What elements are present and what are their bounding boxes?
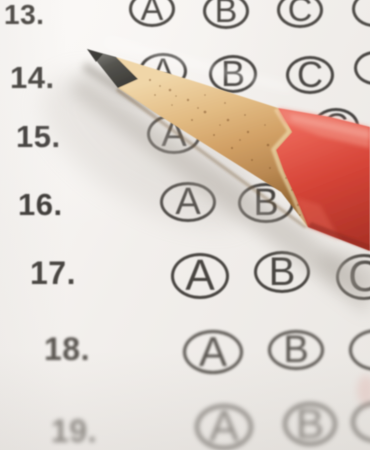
question-number: 18. (44, 333, 90, 365)
answer-bubble-B: B (209, 55, 257, 93)
bubble-letter: A (161, 115, 186, 153)
answer-bubble-A: A (160, 182, 216, 222)
wood-speckles (149, 79, 301, 216)
bubble-letter: B (215, 0, 238, 28)
red-reflection-smudge (357, 375, 370, 405)
bubble-letter: A (141, 0, 164, 26)
answer-bubble-B: B (238, 183, 294, 223)
answer-row-15: 15.AC (0, 0, 370, 450)
bubble-letter: A (175, 183, 200, 221)
pencil-shadow (19, 42, 370, 405)
answer-bubble-A: A (183, 330, 243, 374)
pencil-red-body (276, 108, 370, 251)
answer-bubble-B: B (203, 0, 249, 29)
answer-bubble-A: A (147, 114, 201, 154)
answer-bubble-C: C (277, 0, 323, 28)
answer-row-16: 16.AB (0, 0, 370, 450)
bubble-letter: B (221, 56, 245, 92)
answer-row-18: 18.AB (0, 0, 370, 450)
bubble-letter: B (296, 403, 324, 445)
answer-row-17: 17.ABC (0, 0, 370, 450)
answer-row-19: 19.AB (0, 0, 370, 450)
bubble-letter: C (324, 109, 349, 143)
answer-row-13: 13.ABC (0, 0, 370, 450)
answer-bubble-C: C (336, 254, 370, 300)
answer-bubble-B: B (268, 330, 324, 370)
question-number: 13. (4, 1, 44, 29)
answer-bubble-A: A (171, 253, 229, 299)
bubble-letter: A (185, 254, 214, 298)
bubble-letter: C (297, 57, 323, 93)
question-number: 17. (30, 257, 76, 289)
question-number: 16. (18, 189, 63, 220)
bubble-letter: B (253, 184, 278, 222)
answer-bubble-partial (351, 401, 370, 443)
bubble-letter: A (209, 405, 238, 449)
bubble-letter: A (152, 54, 175, 88)
pencil-collar (271, 108, 308, 227)
red-pencil (0, 0, 370, 450)
bubble-letter: C (288, 0, 313, 27)
bubble-letter: C (348, 255, 370, 299)
bubble-letter: B (269, 252, 296, 292)
photo-answer-sheet: 13.ABC14.ABC15.AC16.AB17.ABC18.AB19.AB (0, 0, 370, 450)
answer-bubble-A: A (139, 53, 187, 89)
question-number: 19. (51, 415, 97, 447)
answer-bubble-partial (354, 51, 370, 85)
bubble-letter: A (199, 331, 227, 373)
question-number: 14. (10, 62, 55, 93)
pencil-wood (116, 57, 308, 227)
answer-bubble-C: C (286, 56, 334, 94)
bubble-letter: B (283, 331, 308, 369)
pencil-graphite-tip (87, 49, 138, 88)
answer-bubble-partial (352, 0, 370, 27)
answer-bubble-A: A (129, 0, 175, 27)
answer-bubble-A: A (195, 404, 253, 450)
answer-row-14: 14.ABC (0, 0, 370, 450)
answer-bubble-C: C (313, 108, 359, 144)
answer-bubble-B: B (283, 402, 337, 446)
answer-bubble-B: B (254, 251, 310, 293)
answer-bubble-partial (349, 329, 370, 371)
question-number: 15. (16, 121, 61, 152)
